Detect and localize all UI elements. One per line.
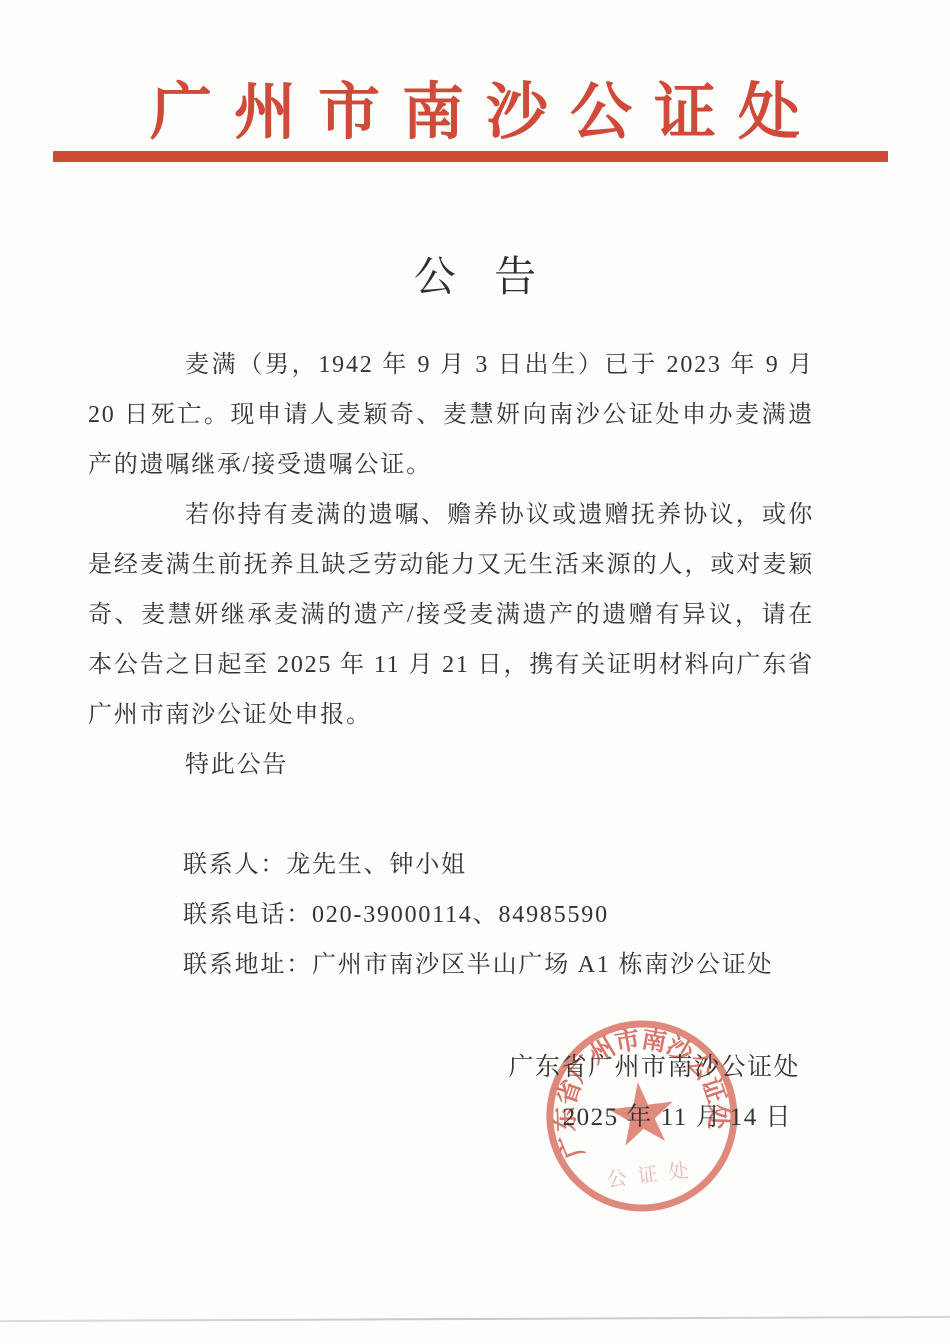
contact-address-line: 联系地址：广州市南沙区半山广场 A1 栋南沙公证处 xyxy=(183,940,814,990)
notice-title: 公 告 xyxy=(0,244,950,304)
contact-phone-line: 联系电话：020-39000114、84985590 xyxy=(183,890,814,940)
paragraph-death-announcement: 麦满（男，1942 年 9 月 3 日出生）已于 2023 年 9 月 20 日… xyxy=(88,340,814,490)
seal-bottom-text: 公 证 处 xyxy=(606,1158,693,1191)
letterhead-divider-rule xyxy=(53,151,888,162)
closing-statement: 特此公告 xyxy=(88,740,814,790)
letterhead-org-name: 广州市南沙公证处 xyxy=(0,62,950,151)
contact-block: 联系人：龙先生、钟小姐 联系电话：020-39000114、84985590 联… xyxy=(88,840,814,990)
scan-page-edge xyxy=(0,1316,950,1322)
signature-org-name: 广东省广州市南沙公证处 xyxy=(508,1043,800,1093)
signature-date: 2025 年 11 月 14 日 xyxy=(508,1093,800,1143)
contact-person-line: 联系人：龙先生、钟小姐 xyxy=(183,840,814,890)
signature-block: 广东省广州市南沙公证处 2025 年 11 月 14 日 xyxy=(508,1043,800,1143)
notice-body: 麦满（男，1942 年 9 月 3 日出生）已于 2023 年 9 月 20 日… xyxy=(88,340,814,990)
scanned-notice-document: 广州市南沙公证处 公 告 麦满（男，1942 年 9 月 3 日出生）已于 20… xyxy=(0,0,950,1344)
paragraph-claim-instructions: 若你持有麦满的遗嘱、赡养协议或遗赠抚养协议，或你是经麦满生前抚养且缺乏劳动能力又… xyxy=(88,490,814,740)
